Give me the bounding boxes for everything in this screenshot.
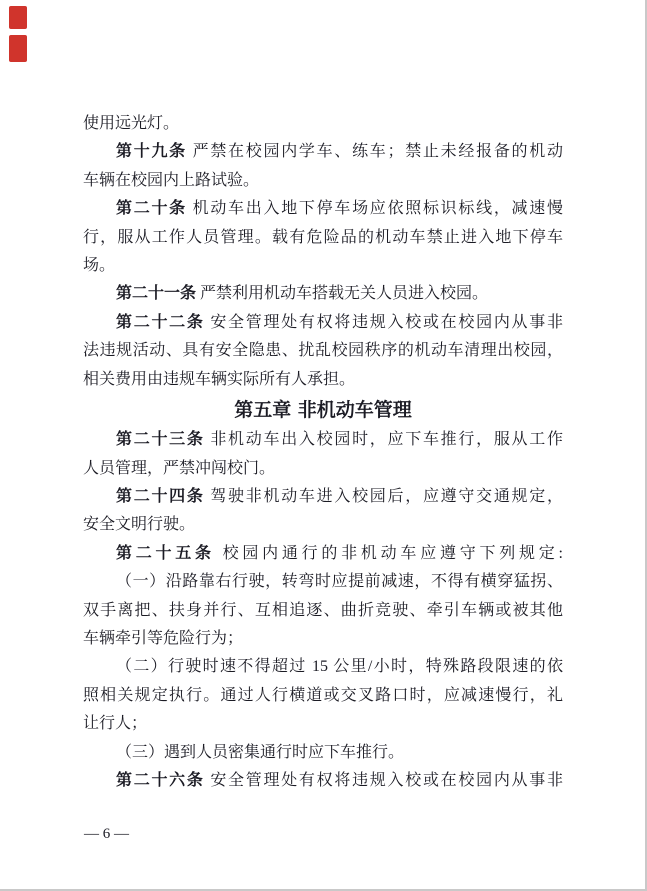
text-line: （三）遇到人员密集通行时应下车推行。 [83,739,563,767]
text-line: 第二十四条 驾驶非机动车进入校园后，应遵守交通规定， [83,483,563,511]
text-line: 安全文明行驶。 [83,511,563,539]
text-line: 第二十一条 严禁利用机动车搭载无关人员进入校园。 [83,280,563,308]
text-line: 第二十五条 校园内通行的非机动车应遵守下列规定: [83,540,563,568]
text-line: 使用远光灯。 [83,110,563,138]
article-number: 第二十一条 [116,285,196,302]
text-line: 第二十二条 安全管理处有权将违规入校或在校园内从事非 [83,309,563,337]
chapter-heading: 第五章 非机动车管理 [83,396,563,424]
text-line: 法违规活动、具有安全隐患、扰乱校园秩序的机动车清理出校园， [83,337,563,365]
red-seal-mark [9,35,27,62]
article-number: 第二十四条 [116,488,205,505]
article-number: 第二十六条 [116,772,205,789]
text-line: （一）沿路靠右行驶，转弯时应提前减速，不得有横穿猛拐、 [83,568,563,596]
red-seal-mark [9,6,27,29]
text-line: 第二十条 机动车出入地下停车场应依照标识标线，减速慢 [83,195,563,223]
text-line: 双手离把、扶身并行、互相追逐、曲折竞驶、牵引车辆或被其他 [83,597,563,625]
article-number: 第二十五条 [116,545,215,562]
text-line: 车辆牵引等危险行为； [83,625,563,653]
article-number: 第二十二条 [116,314,205,331]
article-number: 第二十条 [116,200,187,217]
text-line: 行，服从工作人员管理。载有危险品的机动车禁止进入地下停车 [83,224,563,252]
text-line: 相关费用由违规车辆实际所有人承担。 [83,366,563,394]
article-number: 第十九条 [116,143,187,160]
text-line: 第二十六条 安全管理处有权将违规入校或在校园内从事非 [83,767,563,795]
text-line: 照相关规定执行。通过人行横道或交叉路口时，应减速慢行，礼 [83,682,563,710]
document-body: 使用远光灯。第十九条 严禁在校园内学车、练车；禁止未经报备的机动车辆在校园内上路… [83,110,563,795]
text-line: （二）行驶时速不得超过 15 公里/小时，特殊路段限速的依 [83,653,563,681]
text-line: 人员管理，严禁冲闯校门。 [83,455,563,483]
page-number: — 6 — [84,826,129,843]
text-line: 第二十三条 非机动车出入校园时，应下车推行，服从工作 [83,426,563,454]
article-number: 第二十三条 [116,431,205,448]
text-line: 第十九条 严禁在校园内学车、练车；禁止未经报备的机动 [83,138,563,166]
document-page: 使用远光灯。第十九条 严禁在校园内学车、练车；禁止未经报备的机动车辆在校园内上路… [0,0,647,891]
text-line: 场。 [83,252,563,280]
text-line: 让行人； [83,710,563,738]
text-line: 车辆在校园内上路试验。 [83,167,563,195]
